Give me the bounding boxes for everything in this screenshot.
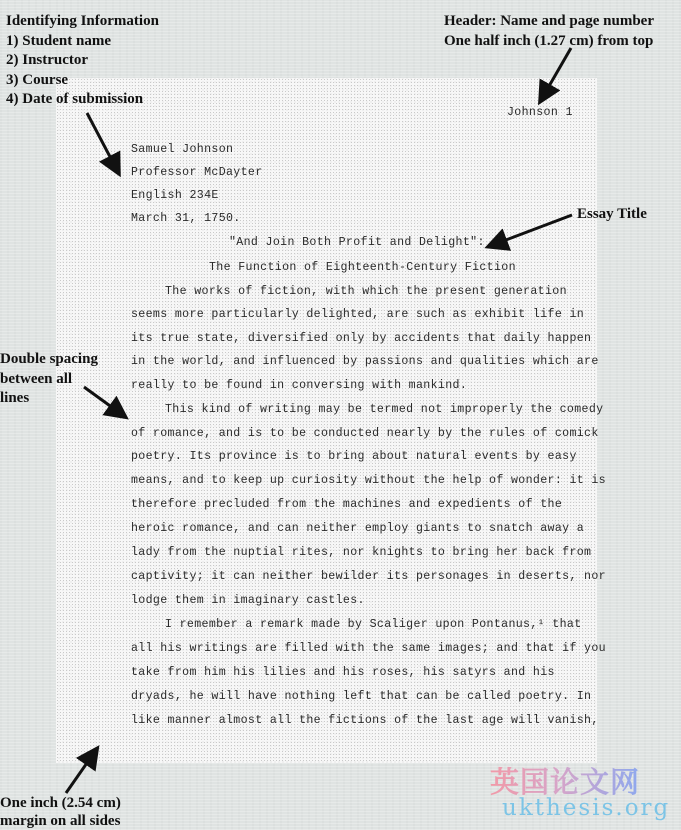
margin-annotation: One inch (2.54 cm) margin on all sides	[0, 794, 121, 830]
body-line: captivity; it can neither bewilder its p…	[131, 570, 606, 583]
header-annotation-line-2: One half inch (1.27 cm) from top	[444, 32, 654, 52]
body-line: poetry. Its province is to bring about n…	[131, 450, 577, 463]
heading-date: March 31, 1750.	[131, 212, 241, 225]
essay-title-annotation: Essay Title	[577, 205, 647, 225]
double-spacing-annotation: Double spacing between all lines	[0, 350, 98, 409]
header-annotation-line-1: Header: Name and page number	[444, 12, 654, 32]
identifying-info-item: 3) Course	[6, 71, 159, 91]
identifying-info-item: 2) Instructor	[6, 51, 159, 71]
running-header: Johnson 1	[507, 106, 573, 119]
essay-title-line-2: The Function of Eighteenth-Century Ficti…	[209, 261, 516, 274]
body-line: really to be found in conversing with ma…	[131, 379, 467, 392]
body-line: The works of fiction, with which the pre…	[165, 285, 567, 298]
body-line: seems more particularly delighted, are s…	[131, 308, 584, 321]
essay-page	[56, 78, 597, 763]
identifying-info-title: Identifying Information	[6, 12, 159, 32]
body-line: all his writings are filled with the sam…	[131, 642, 606, 655]
identifying-info-annotation: Identifying Information 1) Student name …	[6, 12, 159, 110]
body-line: in the world, and influenced by passions…	[131, 355, 599, 368]
body-line: lodge them in imaginary castles.	[131, 594, 365, 607]
body-line: lady from the nuptial rites, nor knights…	[131, 546, 591, 559]
body-line: like manner almost all the fictions of t…	[131, 714, 599, 727]
body-line: its true state, diversified only by acci…	[131, 332, 591, 345]
body-line: therefore precluded from the machines an…	[131, 498, 562, 511]
body-line: dryads, he will have nothing left that c…	[131, 690, 591, 703]
heading-student-name: Samuel Johnson	[131, 143, 233, 156]
body-line: I remember a remark made by Scaliger upo…	[165, 618, 582, 631]
essay-title-line-1: "And Join Both Profit and Delight":	[229, 236, 485, 249]
margin-annotation-line-2: margin on all sides	[0, 812, 121, 830]
body-line: take from him his lilies and his roses, …	[131, 666, 555, 679]
watermark-site: ukthesis.org	[502, 795, 670, 821]
margin-annotation-line-1: One inch (2.54 cm)	[0, 794, 121, 812]
double-spacing-line-1: Double spacing	[0, 350, 98, 370]
body-line: means, and to keep up curiosity without …	[131, 474, 606, 487]
double-spacing-line-3: lines	[0, 389, 98, 409]
double-spacing-line-2: between all	[0, 370, 98, 390]
body-line: This kind of writing may be termed not i…	[165, 403, 603, 416]
identifying-info-item: 1) Student name	[6, 32, 159, 52]
heading-instructor: Professor McDayter	[131, 166, 263, 179]
identifying-info-item: 4) Date of submission	[6, 90, 159, 110]
heading-course: English 234E	[131, 189, 219, 202]
body-line: of romance, and is to be conducted nearl…	[131, 427, 599, 440]
header-annotation: Header: Name and page number One half in…	[444, 12, 654, 51]
body-line: heroic romance, and can neither employ g…	[131, 522, 584, 535]
